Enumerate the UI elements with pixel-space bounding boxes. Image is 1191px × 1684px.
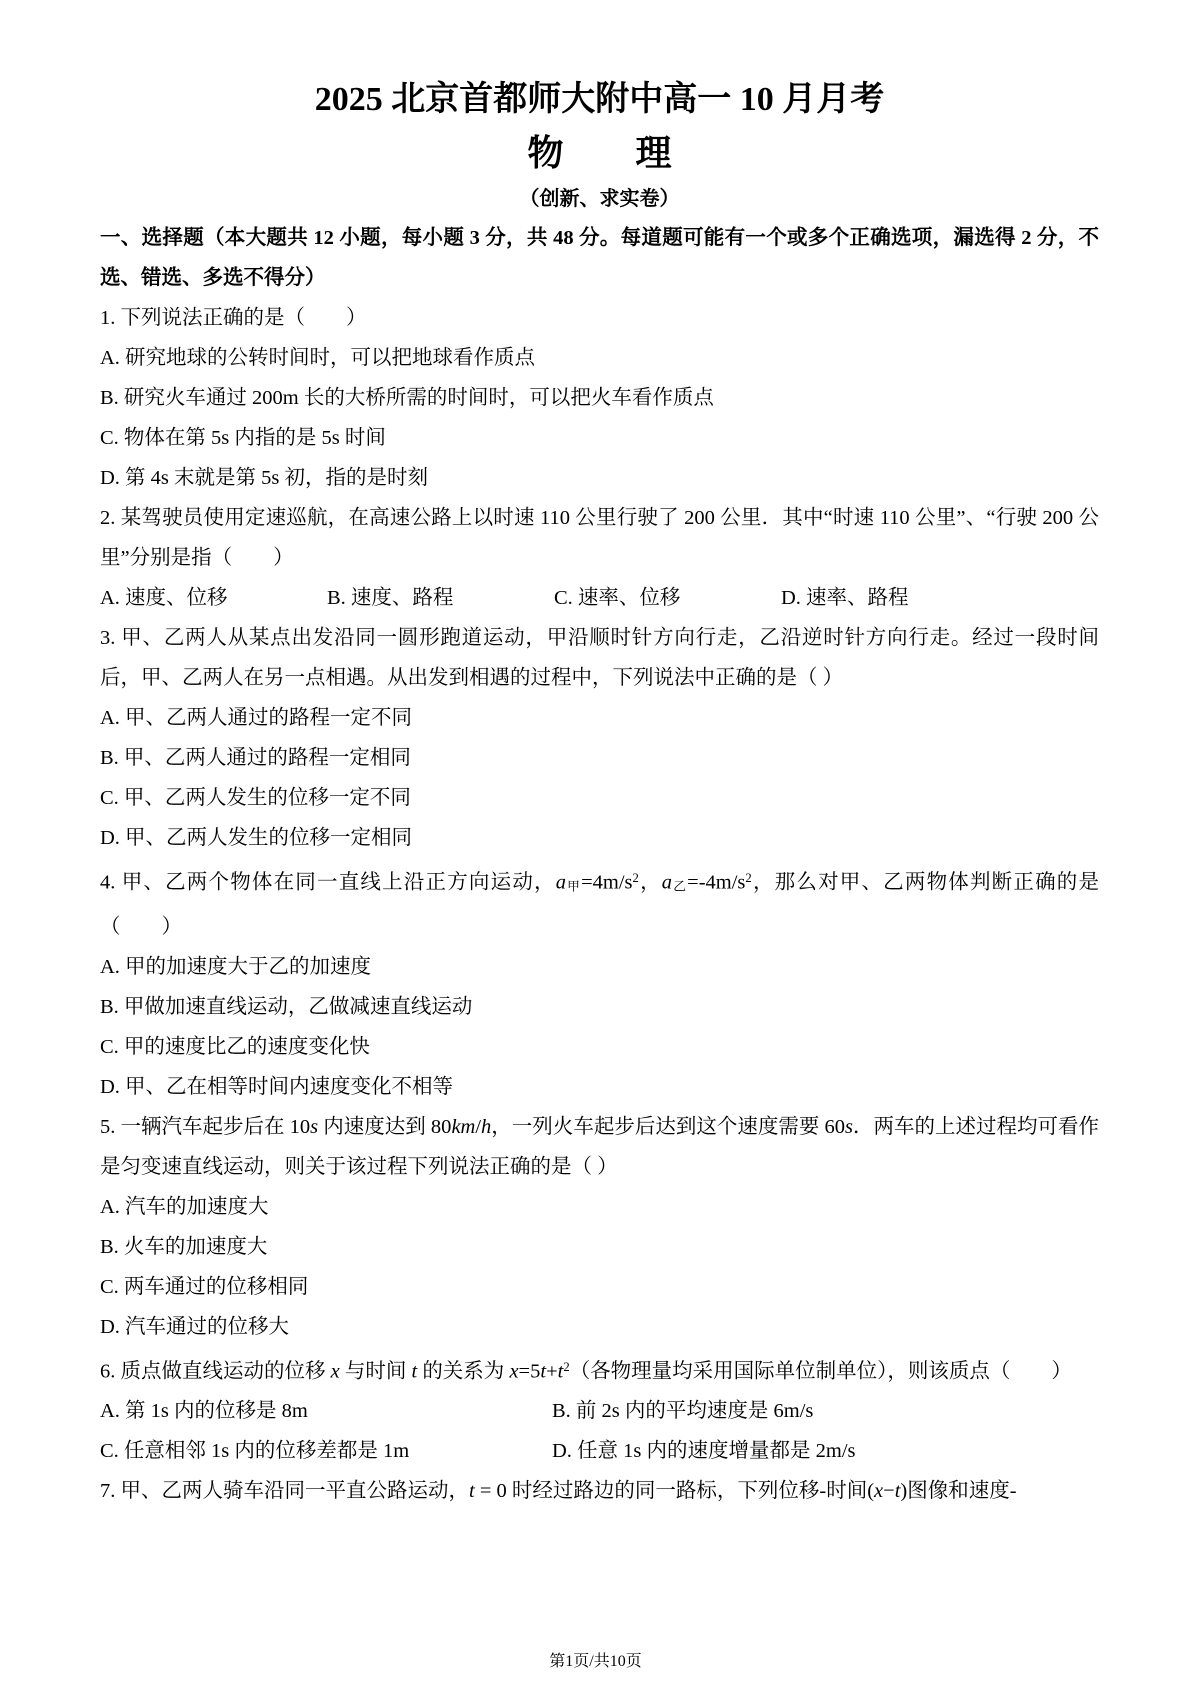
options-grid: A. 第 1s 内的位移是 8m B. 前 2s 内的平均速度是 6m/s C.… — [100, 1391, 1099, 1471]
option-item: A. 研究地球的公转时间时，可以把地球看作质点 — [100, 338, 1099, 378]
question-stem: 3. 甲、乙两人从某点出发沿同一圆形跑道运动，甲沿顺时针方向行走，乙沿逆时针方向… — [100, 618, 1099, 698]
paper-note: （创新、求实卷） — [100, 184, 1099, 214]
question-stem: 7. 甲、乙两人骑车沿同一平直公路运动，t = 0 时经过路边的同一路标，下列位… — [100, 1471, 1099, 1511]
question-stem: 1. 下列说法正确的是（ ） — [100, 298, 1099, 338]
option-item: A. 甲的加速度大于乙的加速度 — [100, 947, 1099, 987]
option-item: A. 第 1s 内的位移是 8m — [100, 1391, 552, 1431]
subject-title: 物 理 — [100, 130, 1099, 176]
question-3: 3. 甲、乙两人从某点出发沿同一圆形跑道运动，甲沿顺时针方向行走，乙沿逆时针方向… — [100, 618, 1099, 858]
option-item: D. 速率、路程 — [781, 578, 1099, 618]
option-item: D. 甲、乙在相等时间内速度变化不相等 — [100, 1067, 1099, 1107]
option-item: C. 物体在第 5s 内指的是 5s 时间 — [100, 418, 1099, 458]
option-item: A. 汽车的加速度大 — [100, 1187, 1099, 1227]
option-item: C. 甲、乙两人发生的位移一定不同 — [100, 778, 1099, 818]
option-item: B. 火车的加速度大 — [100, 1227, 1099, 1267]
option-item: D. 汽车通过的位移大 — [100, 1307, 1099, 1347]
option-item: A. 甲、乙两人通过的路程一定不同 — [100, 698, 1099, 738]
option-item: A. 速度、位移 — [100, 578, 327, 618]
option-item: D. 第 4s 末就是第 5s 初，指的是时刻 — [100, 458, 1099, 498]
option-item: D. 甲、乙两人发生的位移一定相同 — [100, 818, 1099, 858]
question-7: 7. 甲、乙两人骑车沿同一平直公路运动，t = 0 时经过路边的同一路标，下列位… — [100, 1471, 1099, 1511]
exam-page: 2025 北京首都师大附中高一 10 月月考 物 理 （创新、求实卷） 一、选择… — [0, 0, 1191, 1684]
question-1: 1. 下列说法正确的是（ ） A. 研究地球的公转时间时，可以把地球看作质点 B… — [100, 298, 1099, 498]
option-item: B. 甲、乙两人通过的路程一定相同 — [100, 738, 1099, 778]
option-item: B. 速度、路程 — [327, 578, 554, 618]
question-stem: 4. 甲、乙两个物体在同一直线上沿正方向运动，a甲=4m/s2，a乙=-4m/s… — [100, 858, 1099, 947]
option-item: B. 前 2s 内的平均速度是 6m/s — [552, 1391, 1099, 1431]
question-stem: 2. 某驾驶员使用定速巡航，在高速公路上以时速 110 公里行驶了 200 公里… — [100, 498, 1099, 578]
option-item: D. 任意 1s 内的速度增量都是 2m/s — [552, 1431, 1099, 1471]
question-stem: 6. 质点做直线运动的位移 x 与时间 t 的关系为 x=5t+t2（各物理量均… — [100, 1347, 1099, 1391]
option-item: C. 两车通过的位移相同 — [100, 1267, 1099, 1307]
option-item: B. 研究火车通过 200m 长的大桥所需的时间时，可以把火车看作质点 — [100, 378, 1099, 418]
option-item: B. 甲做加速直线运动，乙做减速直线运动 — [100, 987, 1099, 1027]
question-5: 5. 一辆汽车起步后在 10s 内速度达到 80km/h，一列火车起步后达到这个… — [100, 1107, 1099, 1347]
option-item: C. 速率、位移 — [554, 578, 781, 618]
page-title: 2025 北京首都师大附中高一 10 月月考 — [100, 78, 1099, 122]
question-4: 4. 甲、乙两个物体在同一直线上沿正方向运动，a甲=4m/s2，a乙=-4m/s… — [100, 858, 1099, 1107]
options-row: A. 速度、位移 B. 速度、路程 C. 速率、位移 D. 速率、路程 — [100, 578, 1099, 618]
question-6: 6. 质点做直线运动的位移 x 与时间 t 的关系为 x=5t+t2（各物理量均… — [100, 1347, 1099, 1471]
option-item: C. 任意相邻 1s 内的位移差都是 1m — [100, 1431, 552, 1471]
question-stem: 5. 一辆汽车起步后在 10s 内速度达到 80km/h，一列火车起步后达到这个… — [100, 1107, 1099, 1187]
question-2: 2. 某驾驶员使用定速巡航，在高速公路上以时速 110 公里行驶了 200 公里… — [100, 498, 1099, 618]
option-item: C. 甲的速度比乙的速度变化快 — [100, 1027, 1099, 1067]
page-content: 2025 北京首都师大附中高一 10 月月考 物 理 （创新、求实卷） 一、选择… — [100, 0, 1099, 1511]
section-heading: 一、选择题（本大题共 12 小题，每小题 3 分，共 48 分。每道题可能有一个… — [100, 218, 1099, 298]
page-footer: 第1页/共10页 — [0, 1652, 1191, 1672]
